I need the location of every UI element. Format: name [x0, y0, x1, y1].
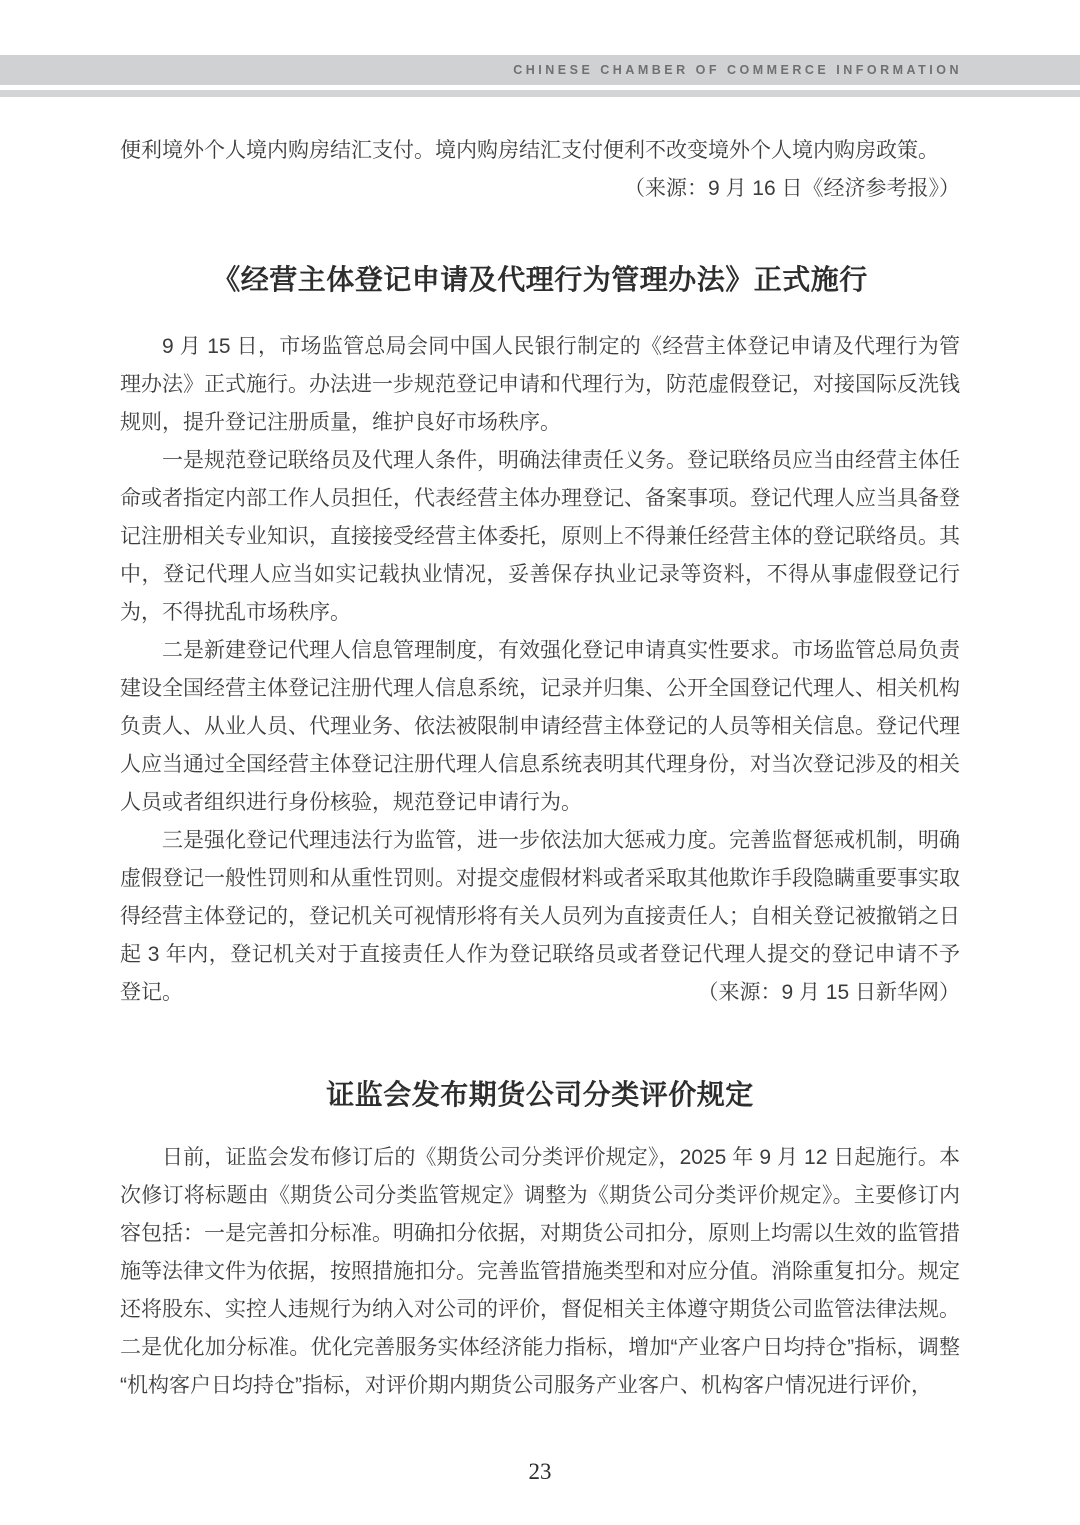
header-band: CHINESE CHAMBER OF COMMERCE INFORMATION: [0, 55, 1080, 85]
header-accent-band: [0, 90, 1080, 97]
source-attribution: （来源：9 月 16 日《经济参考报》）: [120, 170, 960, 208]
page-number: 23: [0, 1455, 1080, 1489]
document-content: 便利境外个人境内购房结汇支付。境内购房结汇支付便利不改变境外个人境内购房政策。 …: [120, 132, 960, 1405]
source-attribution: （来源：9 月 15 日新华网）: [697, 974, 960, 1012]
intro-continuation-paragraph: 便利境外个人境内购房结汇支付。境内购房结汇支付便利不改变境外个人境内购房政策。: [120, 132, 960, 170]
body-paragraph: 二是新建登记代理人信息管理制度，有效强化登记申请真实性要求。市场监管总局负责建设…: [120, 632, 960, 822]
article-title: 《经营主体登记申请及代理行为管理办法》正式施行: [120, 260, 960, 300]
body-paragraph: 一是规范登记联络员及代理人条件，明确法律责任义务。登记联络员应当由经营主体任命或…: [120, 442, 960, 632]
body-paragraph: 日前，证监会发布修订后的《期货公司分类评价规定》，2025 年 9 月 12 日…: [120, 1139, 960, 1405]
body-paragraph-with-source: 三是强化登记代理违法行为监管，进一步依法加大惩戒力度。完善监督惩戒机制，明确虚假…: [120, 822, 960, 1012]
body-paragraph: 9 月 15 日，市场监管总局会同中国人民银行制定的《经营主体登记申请及代理行为…: [120, 328, 960, 442]
document-page: CHINESE CHAMBER OF COMMERCE INFORMATION …: [0, 0, 1080, 1525]
header-title: CHINESE CHAMBER OF COMMERCE INFORMATION: [513, 63, 962, 77]
article-title: 证监会发布期货公司分类评价规定: [120, 1075, 960, 1115]
